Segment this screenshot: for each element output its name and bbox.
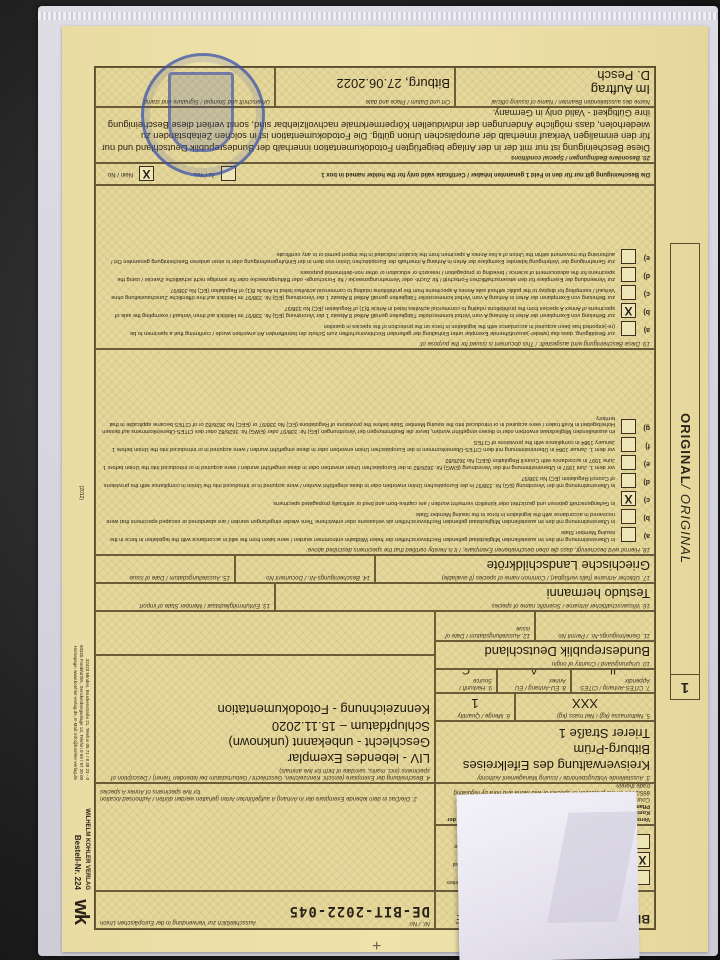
description-line: Schlupfdatum – 15.11.2020: [100, 717, 430, 733]
field-13-label: 13. Einfuhrmitgliedstaat / Member State …: [100, 601, 270, 608]
paper-note: [457, 791, 640, 960]
form-edition: (2012): [78, 486, 84, 500]
place-date-value: Bitburg, 27.06.2022: [280, 75, 450, 91]
checkbox[interactable]: [621, 285, 636, 300]
scope-de: Ausschließlich zur Verwendung in der Eur…: [100, 918, 256, 925]
option-b[interactable]: b)Xzur Befreiung von Exemplaren der Arte…: [100, 303, 650, 318]
section-19-options: a)zur Bestätigung, dass das (wieder-)aus…: [100, 249, 650, 336]
cites-appendix-value: II: [576, 669, 650, 676]
place-date-cell: Ort und Datum / Place and date Bitburg, …: [275, 67, 455, 107]
field-14-label: 14. Bescheinigungs-Nr. / Document No: [240, 573, 370, 580]
option-letter: b): [636, 514, 650, 524]
section-19-purpose: 19. Diese Bescheinigung wird ausgestellt…: [95, 185, 655, 349]
option-text: in Übereinstimmung mit den im ausstellen…: [100, 511, 615, 524]
common-name-value: Griechische Landschildkröte: [380, 557, 650, 573]
field-4-description: 4. Beschreibung der Exemplare (einschl. …: [95, 655, 435, 783]
option-letter: d): [636, 478, 650, 488]
field-9-source: 9. Herkunft / Source C: [435, 669, 497, 693]
net-mass-value: XXX: [520, 695, 650, 711]
publisher-address-2: 60325 Frankfurt/M., Senckenberganlage 13…: [79, 645, 84, 780]
issuing-official-label: Name des ausstellenden Beamten / Name of…: [460, 97, 650, 104]
description-line: Kennzeichnung - Fotodokumentation: [100, 701, 430, 717]
order-number: Bestell-Nr. 224: [73, 835, 82, 890]
option-text: vor dem 1. Juni 1997 in Übereinstimmung …: [100, 457, 615, 470]
field-17-common-name: 17. Üblicher Artname (falls verfügbar) /…: [375, 555, 655, 583]
stamp-coat-of-arms-icon: [168, 72, 234, 152]
field-16-label: 16. Wissenschaftlicher Artname / Scienti…: [280, 601, 650, 608]
option-e[interactable]: e)vor dem 1. Juni 1997 in Übereinstimmun…: [100, 455, 650, 470]
field-12-label: 12. Ausstellungsdatum / Date of issue: [440, 624, 530, 638]
option-text: zur Bestätigung, dass das (wieder-)auszu…: [100, 323, 615, 336]
publisher-logo: wk: [69, 899, 92, 924]
original-label-de: ORIGINAL: [678, 413, 693, 485]
holder-no-checkbox-checked[interactable]: X: [139, 167, 154, 182]
description-line: LIV - lebendes Exemplar: [100, 750, 430, 766]
option-g[interactable]: g)im ausstellenden Mitgliedstaat erworbe…: [100, 414, 650, 434]
field-8-label: 8. EU-Anhang / EU Annex: [502, 676, 566, 690]
option-letter: c): [636, 496, 650, 506]
field-11-label: 11. Genehmigungs-Nr. / Permit No: [540, 631, 650, 638]
option-letter: c): [636, 290, 650, 300]
checkbox-checked[interactable]: X: [621, 491, 636, 506]
field-6-label: 6. Menge / Quantity: [440, 711, 510, 718]
section-18-options: a)in Übereinstimmung mit den im ausstell…: [100, 414, 650, 542]
option-a[interactable]: a)zur Bestätigung, dass das (wieder-)aus…: [100, 321, 650, 336]
field-16-scientific-name: 16. Wissenschaftlicher Artname / Scienti…: [275, 583, 655, 611]
pencil-mark: +: [372, 938, 381, 956]
field-4-label: 4. Beschreibung der Exemplare (einschl. …: [100, 766, 430, 780]
field-7-label: 7. CITES-Anhang / CITES Appendix: [576, 676, 650, 690]
issuing-official-name: D. Pesch: [460, 67, 650, 83]
field-7-cites-appendix: 7. CITES-Anhang / CITES Appendix II: [571, 669, 655, 693]
issuing-official-cell: Name des ausstellenden Beamten / Name of…: [455, 67, 655, 107]
country-of-origin-value: Bundesrepublik Deutschland: [440, 643, 650, 659]
checkbox[interactable]: [621, 321, 636, 336]
publisher-address-1: 32423 Minden, Bruckenstraße 21, Telefon …: [85, 659, 90, 780]
official-stamp: [141, 53, 265, 177]
option-letter: f): [636, 442, 650, 452]
option-text: in Übereinstimmung mit der Verordnung (E…: [100, 475, 615, 488]
field-4-continued: [95, 611, 435, 655]
publisher-column: wk WILHELM KÖHLER VERLAG Bestell-Nr. 224…: [62, 70, 96, 930]
original-frame: ORIGINAL/ ORIGINAL: [670, 243, 700, 674]
option-letter: g): [636, 424, 650, 434]
option-text: zur Verwendung der Exemplare für den wis…: [100, 269, 615, 282]
copy-sidebar: 1 ORIGINAL/ ORIGINAL: [662, 68, 708, 930]
checkbox-checked[interactable]: X: [621, 303, 636, 318]
section-19-label: 19. Diese Bescheinigung wird ausgestellt…: [100, 339, 650, 346]
option-e[interactable]: e)zur Genehmigung der Verbringung lebend…: [100, 249, 650, 264]
option-letter: a): [636, 326, 650, 336]
issuing-official-line-1: Im Auftrag: [460, 81, 650, 97]
field-2-label: 2. Die/Das in dem lebende Exemplare der …: [100, 787, 420, 801]
field-10-label: 10. Ursprungsland / Country of origin: [440, 659, 650, 666]
option-d[interactable]: d)in Übereinstimmung mit der Verordnung …: [100, 473, 650, 488]
option-letter: a): [636, 532, 650, 542]
field-10-country-of-origin: 10. Ursprungsland / Country of origin Bu…: [435, 641, 655, 669]
field-2-location: 2. Die/Das in dem lebende Exemplare der …: [95, 783, 435, 891]
field-12-date-of-issue: 12. Ausstellungsdatum / Date of issue: [435, 611, 535, 641]
scientific-name-value: Testudo hermanni: [280, 585, 650, 601]
field-15-label: 15. Ausstellungsdatum / Date of issue: [100, 573, 230, 580]
authority-street: Trierer Straße 1: [440, 724, 650, 740]
field-13-member-state: 13. Einfuhrmitgliedstaat / Member State …: [95, 583, 275, 611]
certificate-number-cell: Nr. / No DE-BIT-2022-045 Ausschließlich …: [95, 891, 435, 929]
option-c[interactable]: c)zur Befreiung von Exemplaren der Arten…: [100, 285, 650, 300]
option-letter: e): [636, 460, 650, 470]
option-letter: e): [636, 254, 650, 264]
field-9-label: 9. Herkunft / Source: [440, 676, 492, 690]
field-15-date-of-issue: 15. Ausstellungsdatum / Date of issue: [95, 555, 235, 583]
option-f[interactable]: f)vor dem 1. Januar 1984 in Übereinstimm…: [100, 437, 650, 452]
checkbox[interactable]: [621, 267, 636, 282]
section-18-label: 18. Hiermit wird bescheinigt, dass die o…: [100, 545, 650, 552]
holder-no-label: Nein / No: [108, 171, 133, 177]
original-label-en: / ORIGINAL: [678, 485, 693, 564]
holder-validity-label: Die Bescheinigung gilt nur für den in Fe…: [236, 171, 650, 177]
sleeve-perforated-edge: [38, 12, 718, 20]
option-text: zur Genehmigung der Verbringung lebender…: [100, 251, 615, 264]
option-c[interactable]: c)Xin Gefangenschaft geboren und gezücht…: [100, 491, 650, 506]
checkbox[interactable]: [621, 527, 636, 542]
option-text: zur Befreiung von Exemplaren der Arten i…: [100, 287, 615, 300]
quantity-value: 1: [440, 695, 510, 711]
checkbox[interactable]: [621, 437, 636, 452]
option-a[interactable]: a)in Übereinstimmung mit den im ausstell…: [100, 527, 650, 542]
authority-name: Kreisverwaltung des Eifelkreises Bitburg…: [440, 741, 650, 774]
publisher-homepage: Homepage: www.koehler-verlag.de, E-Mail:…: [73, 646, 78, 780]
publisher-name: WILHELM KÖHLER VERLAG: [84, 808, 90, 890]
field-5-net-mass: 5. Nettomasse (kg) / Net mass (kg) XXX: [515, 693, 655, 721]
authority-city: 54634 Bitburg: [440, 721, 650, 724]
original-label: ORIGINAL/ ORIGINAL: [678, 413, 693, 564]
note-fold: [547, 811, 638, 923]
checkbox[interactable]: [621, 509, 636, 524]
field-17-label: 17. Üblicher Artname (falls verfügbar) /…: [380, 573, 650, 580]
field-14-document-no: 14. Bescheinigungs-Nr. / Document No: [235, 555, 375, 583]
description-line: Geschlecht - unbekannt (unknown): [100, 734, 430, 750]
place-date-label: Ort und Datum / Place and date: [280, 97, 450, 104]
option-letter: d): [636, 272, 650, 282]
option-letter: b): [636, 308, 650, 318]
section-18-certification: 18. Hiermit wird bescheinigt, dass die o…: [95, 349, 655, 555]
option-text: vor dem 1. Januar 1984 in Übereinstimmun…: [100, 439, 615, 452]
field-3-label: 3. Ausstellende Vollzugsbehörde / Issuin…: [440, 773, 650, 780]
option-text: in Gefangenschaft geboren und gezüchtet …: [100, 499, 615, 506]
source-value: C: [440, 669, 492, 676]
eu-annex-value: A: [502, 669, 566, 676]
checkbox[interactable]: [621, 455, 636, 470]
option-b[interactable]: b)in Übereinstimmung mit den im ausstell…: [100, 509, 650, 524]
option-text: zur Befreiung von Exemplaren der Arten i…: [100, 305, 615, 318]
certificate-number: DE-BIT-2022-045: [100, 903, 430, 919]
checkbox[interactable]: [621, 249, 636, 264]
option-d[interactable]: d)zur Verwendung der Exemplare für den w…: [100, 267, 650, 282]
option-text: in Übereinstimmung mit den im ausstellen…: [100, 529, 615, 542]
field-3-issuing-authority: 3. Ausstellende Vollzugsbehörde / Issuin…: [435, 721, 655, 783]
field-6-quantity: 6. Menge / Quantity 1: [435, 693, 515, 721]
field-11-permit-no: 11. Genehmigungs-Nr. / Permit No: [535, 611, 655, 641]
field-8-eu-annex: 8. EU-Anhang / EU Annex A: [497, 669, 571, 693]
field-5-label: 5. Nettomasse (kg) / Net mass (kg): [520, 711, 650, 718]
checkbox[interactable]: [621, 419, 636, 434]
option-text: im ausstellenden Mitgliedstaat erworben …: [100, 414, 615, 434]
checkbox[interactable]: [621, 473, 636, 488]
copy-number: 1: [670, 674, 700, 700]
